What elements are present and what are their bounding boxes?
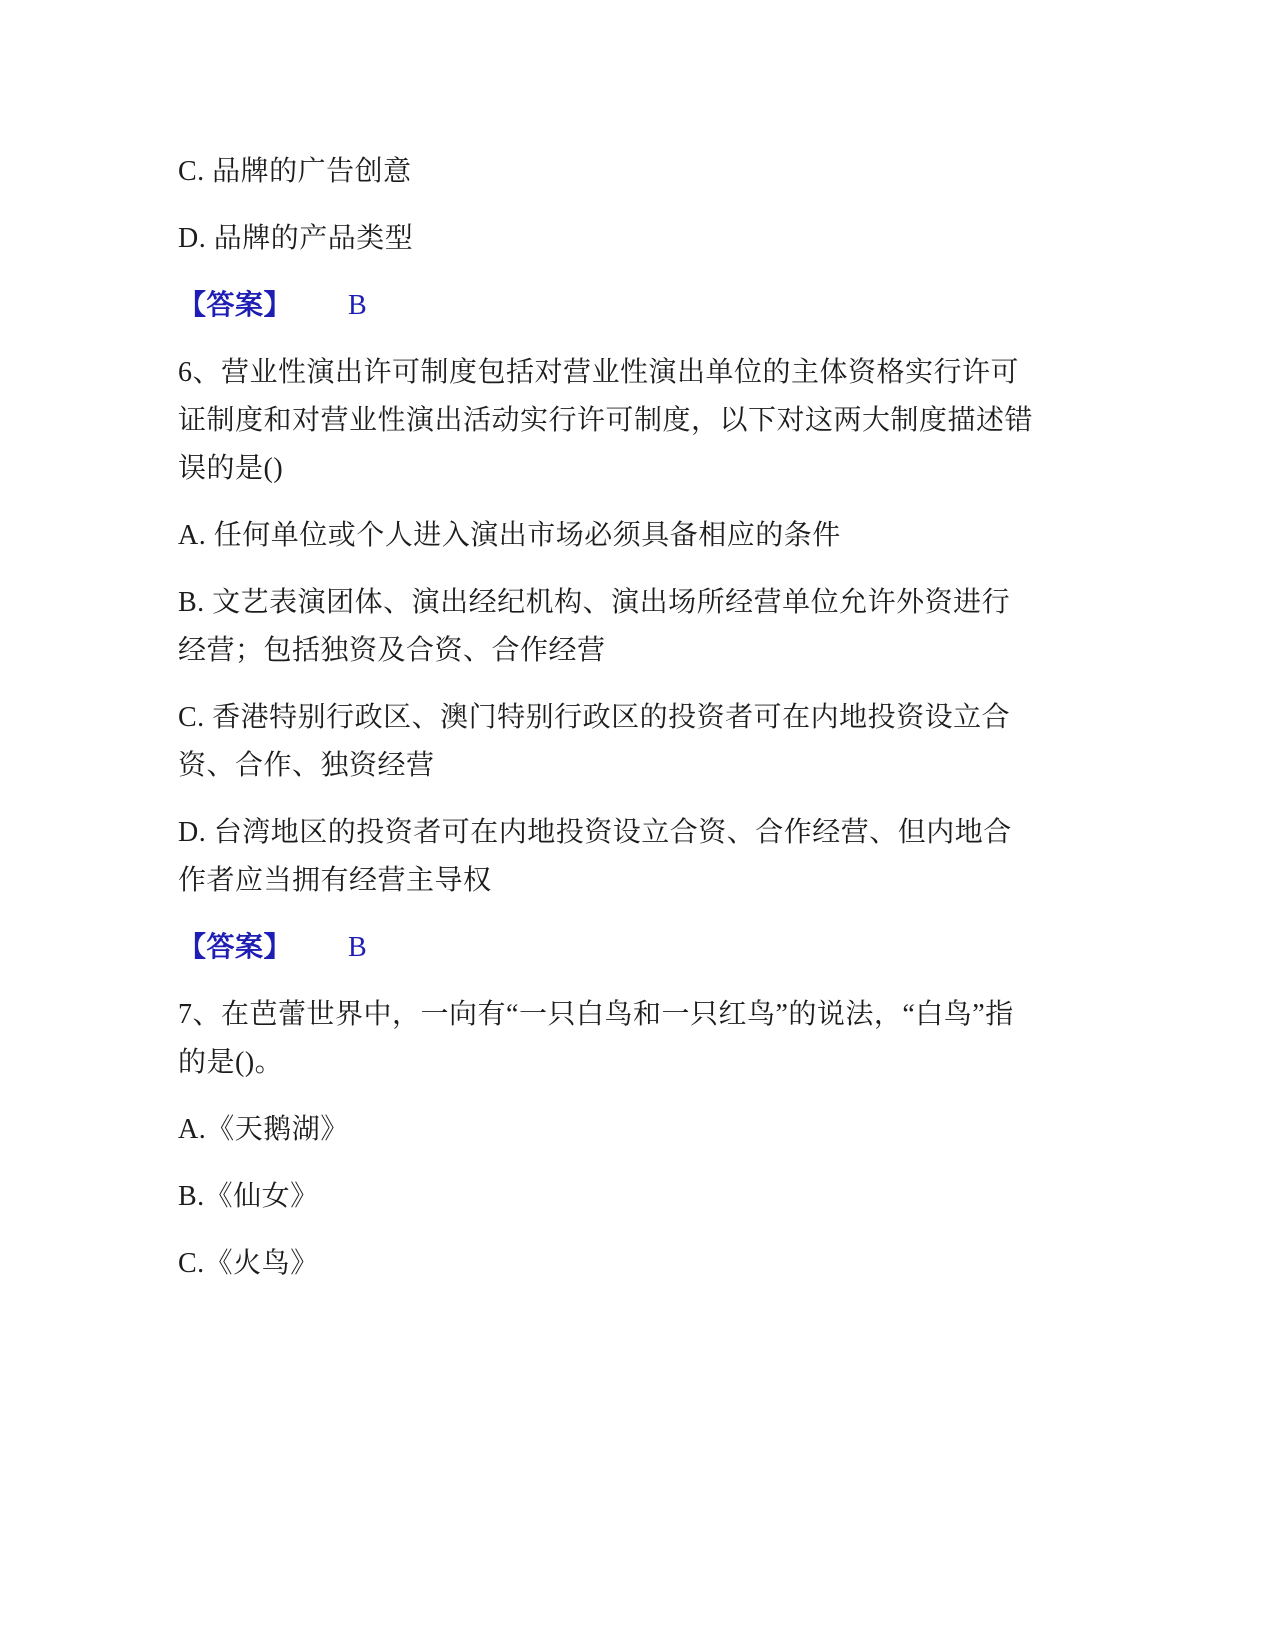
question-6-body: 营业性演出许可制度包括对营业性演出单位的主体资格实行许可证制度和对营业性演出活动…	[178, 357, 1033, 484]
question-7-text: 7、在芭蕾世界中，一向有“一只白鸟和一只红鸟”的说法，“白鸟”指的是()。	[178, 991, 1038, 1087]
question-6-option-d: D. 台湾地区的投资者可在内地投资设立合资、合作经营、但内地合作者应当拥有经营主…	[178, 809, 1038, 905]
question-6-option-b: B. 文艺表演团体、演出经纪机构、演出场所经营单位允许外资进行经营；包括独资及合…	[178, 579, 1038, 675]
answer-tag: 【答案】	[178, 932, 292, 963]
answer-block-2: 【答案】B	[178, 924, 1038, 972]
question-7-number: 7、	[178, 999, 221, 1030]
question-7-option-c: C.《火鸟》	[178, 1240, 1038, 1288]
answer-tag: 【答案】	[178, 290, 292, 321]
answer-value: B	[348, 932, 367, 963]
question-6-option-c: C. 香港特别行政区、澳门特别行政区的投资者可在内地投资设立合资、合作、独资经营	[178, 694, 1038, 790]
question-7-body: 在芭蕾世界中，一向有“一只白鸟和一只红鸟”的说法，“白鸟”指的是()。	[178, 999, 1014, 1078]
question-7-option-a: A.《天鹅湖》	[178, 1106, 1038, 1154]
answer-value: B	[348, 290, 367, 321]
document-page: C. 品牌的广告创意 D. 品牌的产品类型 【答案】B 6、营业性演出许可制度包…	[0, 0, 1275, 1288]
question-6-number: 6、	[178, 357, 221, 388]
answer-block-1: 【答案】B	[178, 282, 1038, 330]
prior-question-option-d: D. 品牌的产品类型	[178, 215, 1038, 263]
question-7-option-b: B.《仙女》	[178, 1173, 1038, 1221]
question-6-text: 6、营业性演出许可制度包括对营业性演出单位的主体资格实行许可证制度和对营业性演出…	[178, 349, 1038, 493]
prior-question-option-c: C. 品牌的广告创意	[178, 148, 1038, 196]
question-6-option-a: A. 任何单位或个人进入演出市场必须具备相应的条件	[178, 512, 1038, 560]
